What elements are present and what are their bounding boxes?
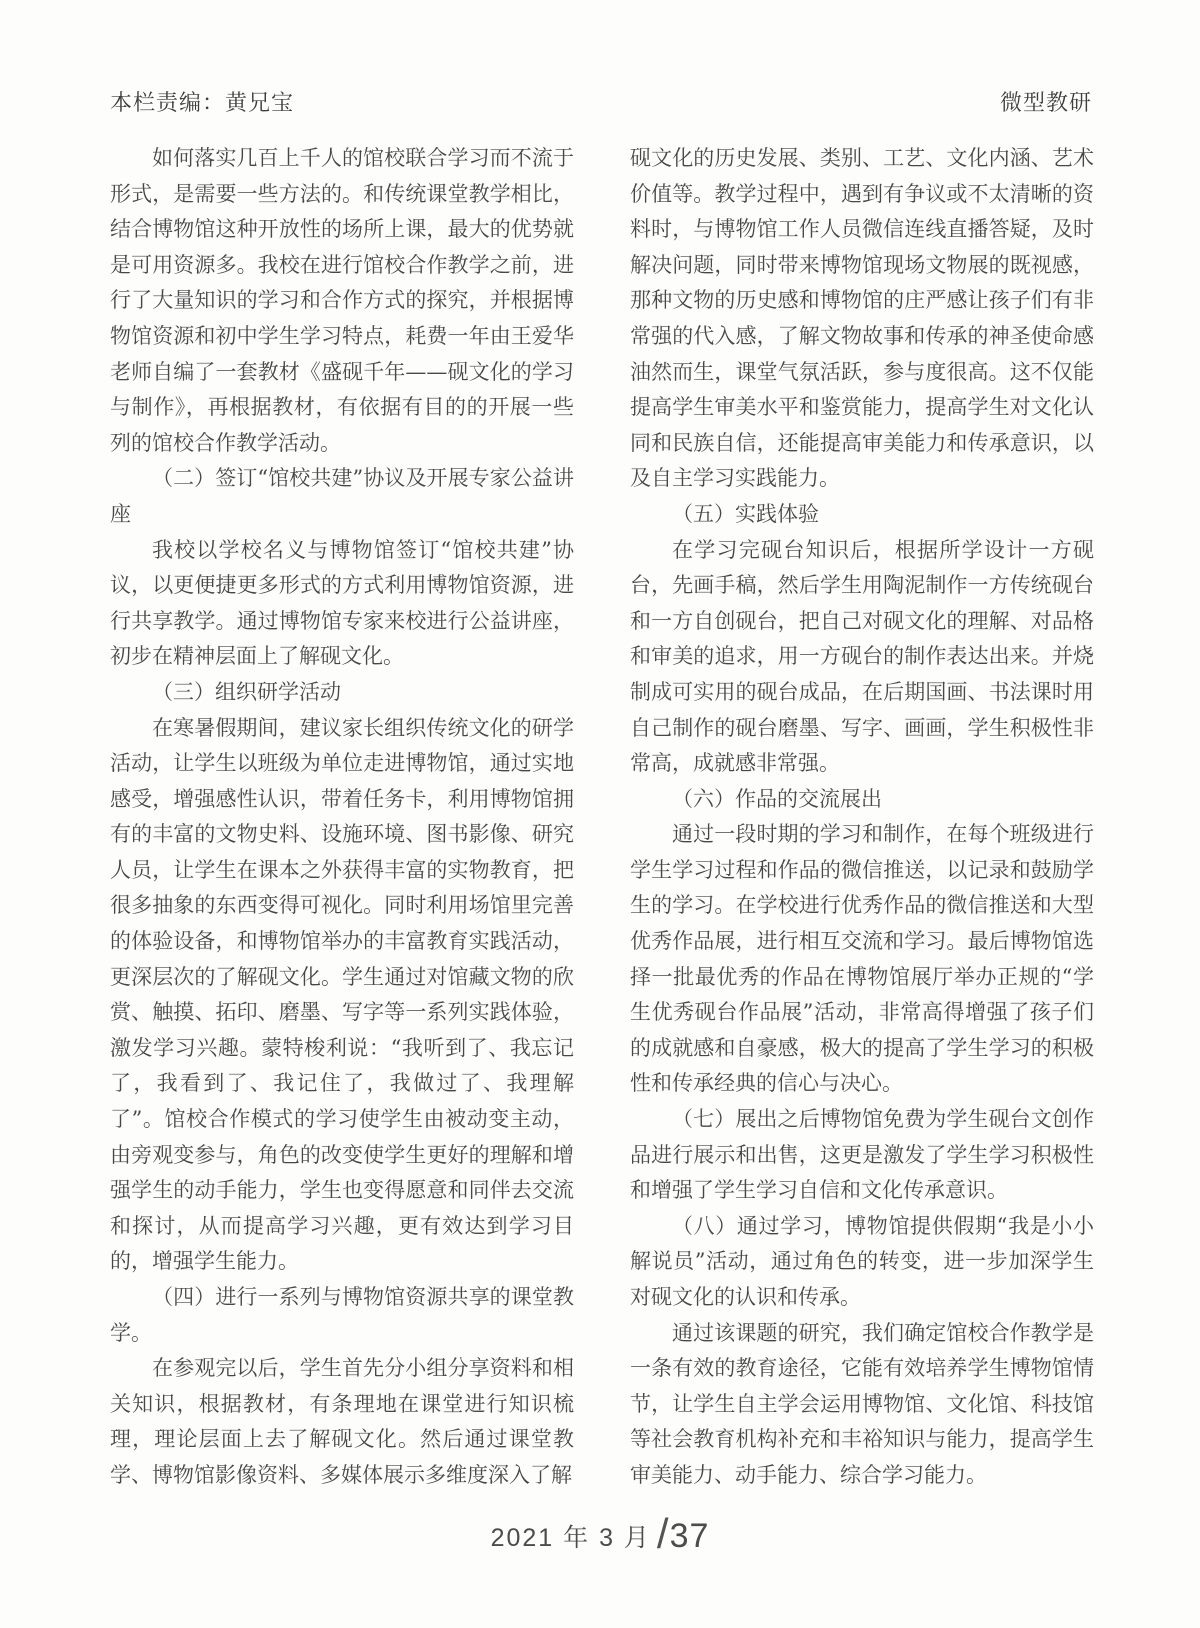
paragraph: 通过该课题的研究，我们确定馆校合作教学是一条有效的教育途径，它能有效培养学生博物… [630,1316,1094,1494]
paragraph: 在学习完砚台知识后，根据所学设计一方砚台，先画手稿，然后学生用陶泥制作一方传统砚… [630,533,1094,782]
section-heading-3: （三）组织研学活动 [110,675,574,711]
paragraph: 在参观完以后，学生首先分小组分享资料和相关知识，根据教材，有条理地在课堂进行知识… [110,1351,574,1493]
section-heading-2: （二）签订“馆校共建”协议及开展专家公益讲座 [110,461,574,532]
section-heading-6: （六）作品的交流展出 [630,782,1094,818]
paragraph: 在寒暑假期间，建议家长组织传统文化的研学活动，让学生以班级为单位走进博物馆，通过… [110,711,574,1281]
page-header: 本栏责编：黄兄宝 微型教研 [110,86,1092,117]
paragraph: 如何落实几百上千人的馆校联合学习而不流于形式，是需要一些方法的。和传统课堂教学相… [110,141,574,461]
issue-date: 2021 年 3 月 [491,1518,651,1554]
section-heading-8: （八）通过学习，博物馆提供假期“我是小小解说员”活动，通过角色的转变，进一步加深… [630,1209,1094,1316]
slash-separator: / [657,1510,669,1558]
page-number: 37 [670,1517,710,1556]
paragraph: 通过一段时期的学习和制作，在每个班级进行学生学习过程和作品的微信推送，以记录和鼓… [630,817,1094,1102]
paragraph: 我校以学校名义与博物馆签订“馆校共建”协议，以更便捷更多形式的方式利用博物馆资源… [110,533,574,675]
journal-page: 本栏责编：黄兄宝 微型教研 如何落实几百上千人的馆校联合学习而不流于形式，是需要… [0,0,1200,1628]
column-title: 微型教研 [1000,86,1092,117]
right-column: 砚文化的历史发展、类别、工艺、文化内涵、艺术价值等。教学过程中，遇到有争议或不太… [630,141,1094,1494]
page-footer: 2021 年 3 月 / 37 [0,1512,1200,1560]
editor-note: 本栏责编：黄兄宝 [110,86,294,117]
section-heading-7: （七）展出之后博物馆免费为学生砚台文创作品进行展示和出售，这更是激发了学生学习积… [630,1102,1094,1209]
left-column: 如何落实几百上千人的馆校联合学习而不流于形式，是需要一些方法的。和传统课堂教学相… [110,141,574,1494]
article-body: 如何落实几百上千人的馆校联合学习而不流于形式，是需要一些方法的。和传统课堂教学相… [110,141,1094,1494]
paragraph-continuation: 砚文化的历史发展、类别、工艺、文化内涵、艺术价值等。教学过程中，遇到有争议或不太… [630,141,1094,497]
section-heading-5: （五）实践体验 [630,497,1094,533]
section-heading-4: （四）进行一系列与博物馆资源共享的课堂教学。 [110,1280,574,1351]
